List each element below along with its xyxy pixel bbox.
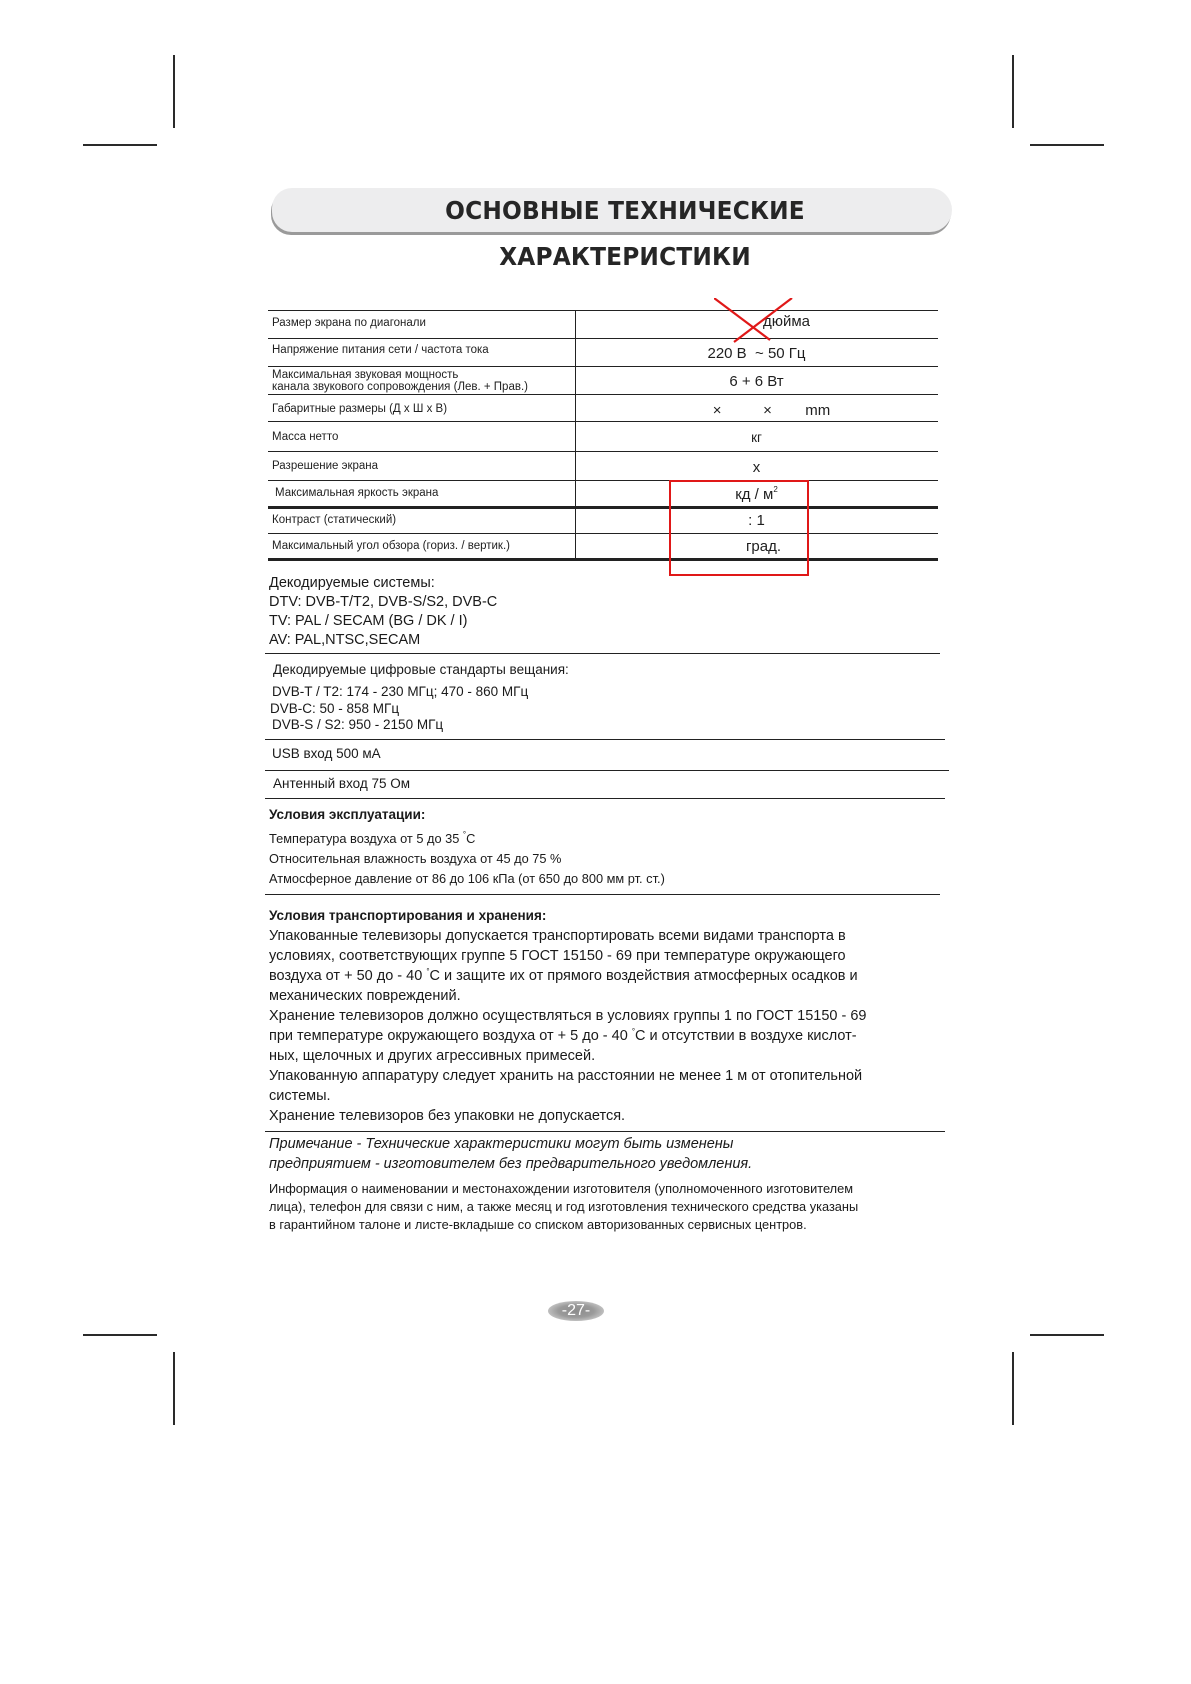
- text-line: условиях, соответствующих группе 5 ГОСТ …: [269, 948, 846, 964]
- crop-mark: [1030, 144, 1104, 146]
- crop-mark: [1012, 55, 1014, 128]
- page-number: -27-: [548, 1301, 604, 1321]
- note-line: предприятием - изготовителем без предвар…: [269, 1156, 752, 1172]
- page-title: ОСНОВНЫЕ ТЕХНИЧЕСКИЕ ХАРАКТЕРИСТИКИ: [296, 188, 928, 232]
- spec-value: 220 В ~ 50 Гц: [575, 345, 938, 362]
- spec-label: Масса нетто: [272, 431, 338, 443]
- text-line: DVB-T / T2: 174 - 230 МГц; 470 - 860 МГц: [272, 684, 528, 699]
- text-line: Температура воздуха от 5 до 35 °C: [269, 831, 475, 846]
- spec-label: Разрешение экрана: [272, 460, 378, 472]
- text-line: TV: PAL / SECAM (BG / DK / I): [269, 613, 467, 629]
- text-fragment: C и отсутствии в воздухе кислот-: [635, 1028, 857, 1044]
- divider: [265, 798, 945, 799]
- crop-mark: [1030, 1334, 1104, 1336]
- table-divider: [268, 558, 938, 561]
- divider: [265, 653, 940, 654]
- divider: [265, 770, 949, 771]
- spec-label: Максимальный угол обзора (гориз. / верти…: [272, 540, 510, 552]
- red-cross-mark-icon: [714, 298, 796, 346]
- divider: [265, 739, 945, 740]
- text-line: механических повреждений.: [269, 988, 461, 1004]
- text-fragment: воздуха от + 50 до - 40: [269, 968, 426, 984]
- text-line: Упакованные телевизоры допускается транс…: [269, 928, 846, 944]
- table-divider: [268, 338, 938, 339]
- table-divider: [268, 480, 938, 481]
- spec-label-line: канала звукового сопровождения (Лев. + П…: [272, 382, 528, 394]
- crop-mark: [173, 55, 175, 128]
- spec-label: Максимальная яркость экрана: [275, 487, 438, 499]
- table-divider: [268, 366, 938, 367]
- section-heading: Условия транспортирования и хранения:: [269, 908, 546, 923]
- info-line: Информация о наименовании и местонахожде…: [269, 1181, 853, 1196]
- text-line: системы.: [269, 1088, 331, 1104]
- spec-value: 6 + 6 Вт: [575, 373, 938, 390]
- info-line: в гарантийном талоне и листе-вкладыше со…: [269, 1217, 807, 1232]
- divider: [265, 894, 940, 895]
- section-heading: Декодируемые цифровые стандарты вещания:: [273, 662, 569, 677]
- table-divider: [268, 394, 938, 395]
- highlight-box: [669, 480, 809, 576]
- divider: [265, 1131, 945, 1132]
- table-divider: [268, 421, 938, 422]
- note-line: Примечание - Технические характеристики …: [269, 1136, 733, 1152]
- usb-spec: USB вход 500 мА: [272, 746, 381, 761]
- crop-mark: [83, 1334, 157, 1336]
- table-divider: [268, 451, 938, 452]
- text-line: Хранение телевизоров должно осуществлять…: [269, 1008, 866, 1024]
- text-line: DVB-C: 50 - 858 МГц: [270, 701, 399, 716]
- section-heading: Условия эксплуатации:: [269, 807, 425, 822]
- crop-mark: [83, 144, 157, 146]
- info-line: лица), телефон для связи с ним, а также …: [269, 1199, 858, 1214]
- text-line: DVB-S / S2: 950 - 2150 МГц: [272, 717, 443, 732]
- spec-label: Максимальная звуковая мощность канала зв…: [272, 370, 528, 393]
- crop-mark: [173, 1352, 175, 1425]
- spec-label-line: Максимальная звуковая мощность: [272, 370, 528, 382]
- spec-value: x: [575, 459, 938, 476]
- text-line: AV: PAL,NTSC,SECAM: [269, 632, 420, 648]
- title-banner: ОСНОВНЫЕ ТЕХНИЧЕСКИЕ ХАРАКТЕРИСТИКИ: [272, 188, 952, 232]
- text-fragment: C и защите их от прямого воздействия атм…: [430, 968, 858, 984]
- text-line: DTV: DVB-T/T2, DVB-S/S2, DVB-C: [269, 594, 497, 610]
- text-fragment: при температуре окружающего воздуха от +…: [269, 1028, 632, 1044]
- table-divider: [268, 533, 938, 534]
- spec-value: кг: [575, 430, 938, 445]
- spec-value: × × mm: [575, 402, 938, 419]
- spec-label: Размер экрана по диагонали: [272, 317, 426, 329]
- crop-mark: [1012, 1352, 1014, 1425]
- text-line: ных, щелочных и других агрессивных приме…: [269, 1048, 595, 1064]
- text-line: Хранение телевизоров без упаковки не доп…: [269, 1108, 625, 1124]
- table-divider: [268, 310, 938, 311]
- text-line: при температуре окружающего воздуха от +…: [269, 1028, 857, 1044]
- degree-symbol: °: [463, 830, 466, 839]
- text-line: Упакованную аппаратуру следует хранить н…: [269, 1068, 862, 1084]
- section-heading: Декодируемые системы:: [269, 575, 435, 591]
- text-line: воздуха от + 50 до - 40 °C и защите их о…: [269, 968, 858, 984]
- text-line: Относительная влажность воздуха от 45 до…: [269, 851, 561, 866]
- text-line: Атмосферное давление от 86 до 106 кПа (о…: [269, 871, 665, 886]
- degree-symbol: °: [632, 1027, 635, 1036]
- text-fragment: C: [466, 831, 475, 846]
- degree-symbol: °: [426, 967, 429, 976]
- spec-label: Контраст (статический): [272, 514, 396, 526]
- spec-label: Габаритные размеры (Д х Ш х В): [272, 403, 447, 415]
- text-fragment: Температура воздуха от 5 до 35: [269, 831, 463, 846]
- spec-label: Напряжение питания сети / частота тока: [272, 344, 489, 356]
- table-divider: [268, 506, 938, 509]
- antenna-spec: Антенный вход 75 Ом: [273, 776, 410, 791]
